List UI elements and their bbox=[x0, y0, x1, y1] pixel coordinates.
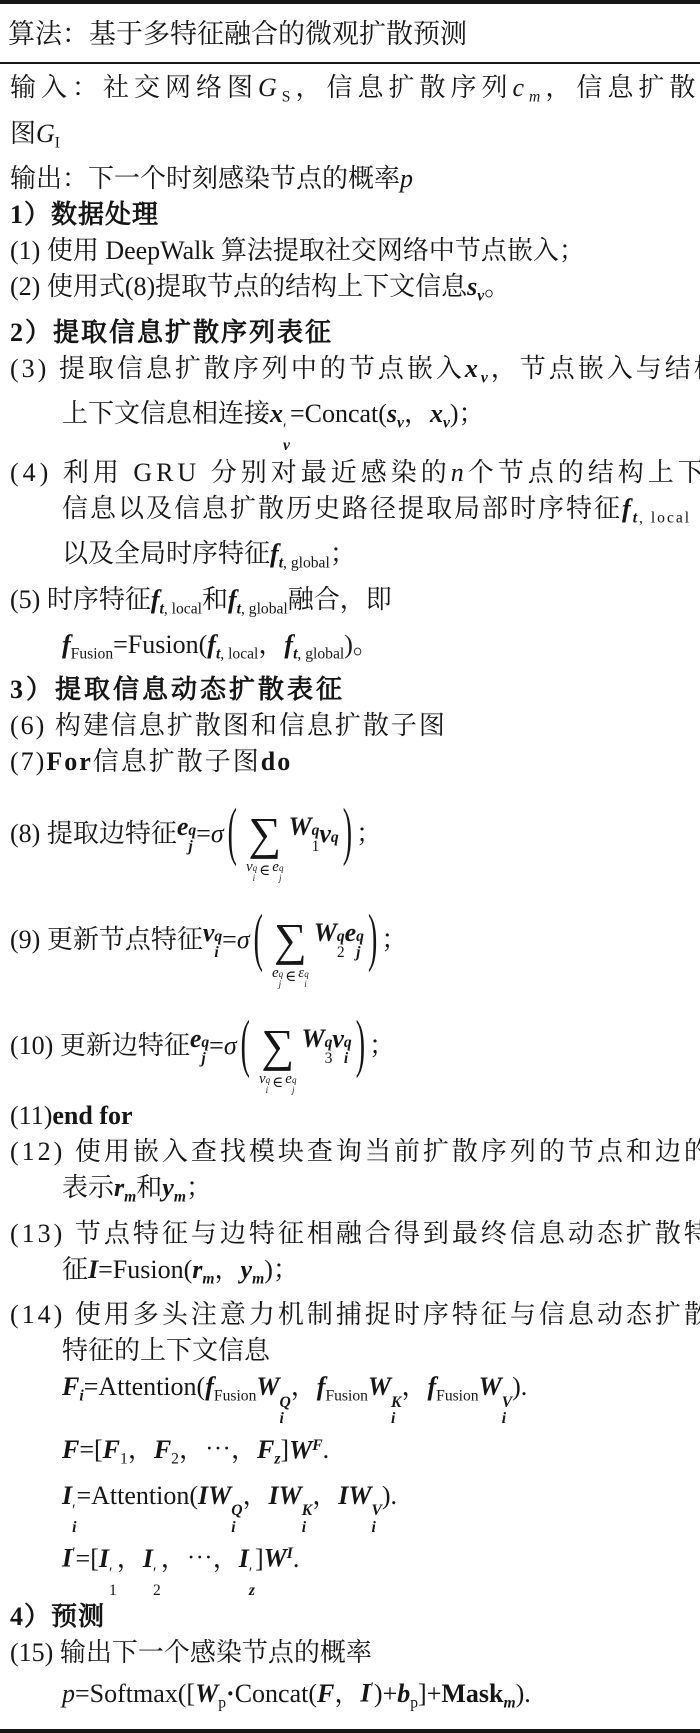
step-15-eq: p=Softmax([Wp · Concat(F，I′)+bp]+Maskm). bbox=[4, 1671, 696, 1721]
step-8-formula: (8) 提取边特征 eqj = σ(∑vqi∈eqjWq1vq)； bbox=[4, 780, 696, 886]
step-5-line-1: (5) 时序特征 ft, local 和 ft, global 融合，即 bbox=[4, 582, 696, 627]
step-14-eq-2: F=[F1，F2，⋯，Fz]WF. bbox=[4, 1428, 696, 1478]
step-2: (2) 使用式(8)提取节点的结构上下文信息 sv。 bbox=[4, 269, 696, 314]
step-14-line-1: (14) 使用多头注意力机制捕捉时序特征与信息动态扩散 bbox=[4, 1297, 696, 1333]
step-4-line-3: 以及全局时序特征 ft, global； bbox=[4, 536, 696, 581]
step-12-line-2: 表示 rm 和 ym； bbox=[4, 1170, 696, 1215]
algorithm-body: 输入：社交网络图 GS，信息扩散序列 cm，信息扩散图 GI输出：下一个时刻感染… bbox=[0, 64, 700, 1729]
step-14-line-2: 特征的上下文信息 bbox=[4, 1333, 696, 1369]
step-6: (6) 构建信息扩散图和信息扩散子图 bbox=[4, 708, 696, 744]
step-13-line-1: (13) 节点特征与边特征相融合得到最终信息动态扩散特 bbox=[4, 1216, 696, 1252]
step-5-line-2: fFusion=Fusion(ft, local，ft, global)。 bbox=[4, 627, 696, 672]
step-14-eq-4: I′=[I′1，I′2，⋯，I′z]WI. bbox=[4, 1536, 696, 1599]
input-line-1: 输入：社交网络图 GS，信息扩散序列 cm，信息扩散 bbox=[4, 70, 696, 115]
output-line: 输出：下一个时刻感染节点的概率 p bbox=[4, 161, 696, 197]
step-11: (11) end for bbox=[4, 1098, 696, 1134]
algorithm-title: 算法：基于多特征融合的微观扩散预测 bbox=[0, 4, 700, 62]
step-15: (15) 输出下一个感染节点的概率 bbox=[4, 1635, 696, 1671]
input-line-2: 图 GI bbox=[4, 116, 696, 161]
step-7: (7) For 信息扩散子图 do bbox=[4, 744, 696, 780]
section-3-heading: 3）提取信息动态扩散表征 bbox=[4, 672, 696, 708]
section-2-heading: 2）提取信息扩散序列表征 bbox=[4, 315, 696, 351]
step-13-line-2: 征 I=Fusion(rm，ym)； bbox=[4, 1252, 696, 1297]
step-3-line-2: 上下文信息相连接 x′v=Concat(sv，xv)； bbox=[4, 396, 696, 454]
step-12-line-1: (12) 使用嵌入查找模块查询当前扩散序列的节点和边的 bbox=[4, 1134, 696, 1170]
step-4-line-2: 信息以及信息扩散历史路径提取局部时序特征 ft, local bbox=[4, 491, 696, 536]
step-3-line-1: (3) 提取信息扩散序列中的节点嵌入 xv，节点嵌入与结构 bbox=[4, 351, 696, 396]
algorithm-box: 算法：基于多特征融合的微观扩散预测 输入：社交网络图 GS，信息扩散序列 cm，… bbox=[0, 0, 700, 1733]
bottom-rule bbox=[0, 1729, 700, 1733]
step-4-line-1: (4) 利用 GRU 分别对最近感染的 n 个节点的结构上下文 bbox=[4, 455, 696, 491]
step-10-formula: (10) 更新边特征 eqj = σ(∑vqi∈eqjWq3vqi)； bbox=[4, 992, 696, 1098]
step-14-eq-3: I′i=Attention(IWQi，IWKi，IWVi). bbox=[4, 1478, 696, 1536]
step-9-formula: (9) 更新节点特征 vqi = σ(∑eqj∈εqiWq2eqj)； bbox=[4, 886, 696, 992]
section-4-heading: 4）预测 bbox=[4, 1599, 696, 1635]
step-14-eq-1: Fi=Attention(fFusionWQi，fFusionWKi，fFusi… bbox=[4, 1369, 696, 1427]
section-1-heading: 1）数据处理 bbox=[4, 197, 696, 233]
step-1: (1) 使用 DeepWalk 算法提取社交网络中节点嵌入； bbox=[4, 233, 696, 269]
